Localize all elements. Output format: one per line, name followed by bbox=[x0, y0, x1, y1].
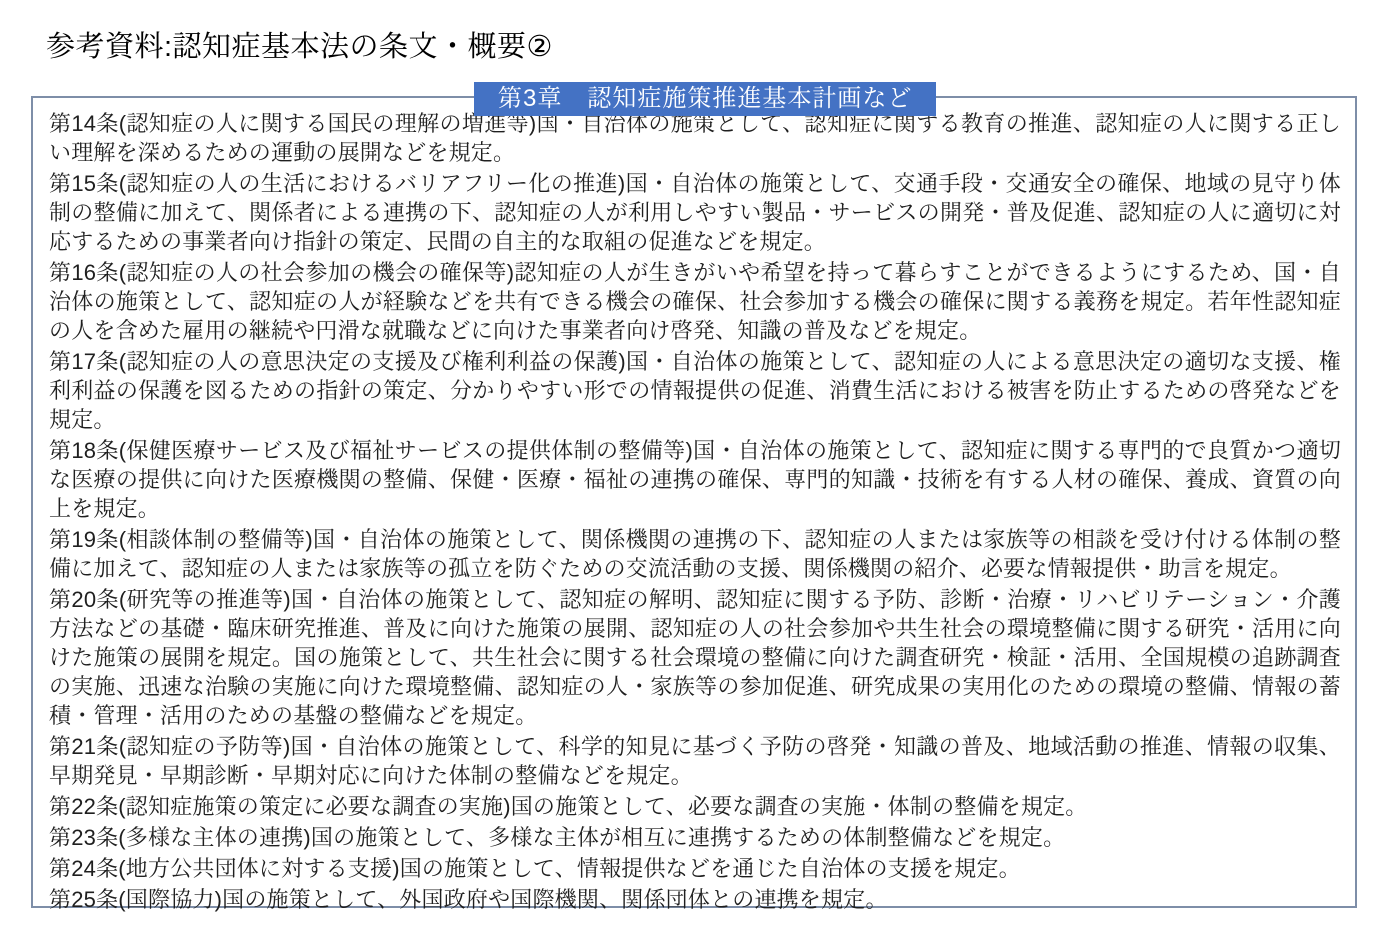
article-paragraph-18: 第18条(保健医療サービス及び福祉サービスの提供体制の整備等)国・自治体の施策と… bbox=[49, 436, 1341, 523]
article-paragraph-14: 第14条(認知症の人に関する国民の理解の増進等)国・自治体の施策として、認知症に… bbox=[49, 109, 1341, 167]
article-paragraph-24: 第24条(地方公共団体に対する支援)国の施策として、情報提供などを通じた自治体の… bbox=[49, 854, 1341, 883]
article-paragraph-15: 第15条(認知症の人の生活におけるバリアフリー化の推進)国・自治体の施策として、… bbox=[49, 169, 1341, 256]
page-title: 参考資料:認知症基本法の条文・概要② bbox=[46, 24, 553, 65]
article-paragraph-22: 第22条(認知症施策の策定に必要な調査の実施)国の施策として、必要な調査の実施・… bbox=[49, 792, 1341, 821]
article-paragraph-17: 第17条(認知症の人の意思決定の支援及び権利利益の保護)国・自治体の施策として、… bbox=[49, 347, 1341, 434]
document-page: 参考資料:認知症基本法の条文・概要② 第3章 認知症施策推進基本計画など 第14… bbox=[0, 0, 1390, 946]
article-paragraph-25: 第25条(国際協力)国の施策として、外国政府や国際機関、関係団体との連携を規定。 bbox=[49, 885, 1341, 914]
article-paragraph-19: 第19条(相談体制の整備等)国・自治体の施策として、関係機関の連携の下、認知症の… bbox=[49, 525, 1341, 583]
article-paragraph-20: 第20条(研究等の推進等)国・自治体の施策として、認知症の解明、認知症に関する予… bbox=[49, 585, 1341, 730]
articles-outline-box: 第14条(認知症の人に関する国民の理解の増進等)国・自治体の施策として、認知症に… bbox=[31, 96, 1357, 908]
article-paragraph-23: 第23条(多様な主体の連携)国の施策として、多様な主体が相互に連携するための体制… bbox=[49, 823, 1341, 852]
article-paragraph-16: 第16条(認知症の人の社会参加の機会の確保等)認知症の人が生きがいや希望を持って… bbox=[49, 258, 1341, 345]
article-paragraph-21: 第21条(認知症の予防等)国・自治体の施策として、科学的知見に基づく予防の啓発・… bbox=[49, 732, 1341, 790]
chapter-heading-banner: 第3章 認知症施策推進基本計画など bbox=[474, 82, 936, 116]
